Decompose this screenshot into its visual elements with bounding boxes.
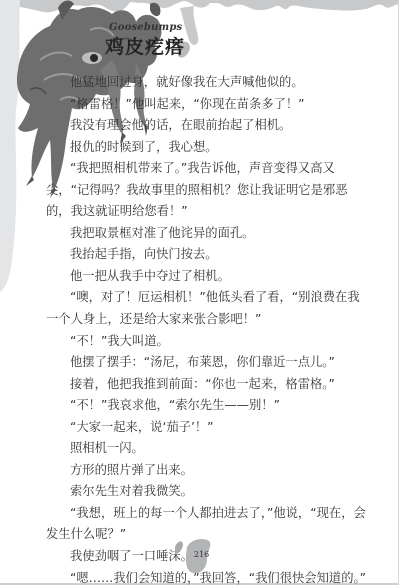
page-number-badge: 216 — [171, 533, 231, 578]
page-number: 216 — [194, 550, 209, 559]
paragraph: 我抬起手指，向快门按去。 — [46, 244, 368, 266]
paragraph: 他猛地回过身，就好像我在大声喊他似的。 — [46, 72, 368, 94]
book-page: Goosebumps 鸡皮疙瘩 他猛地回过身，就好像我在大声喊他似的。 “格雷格… — [0, 0, 399, 585]
paragraph: 索尔先生对着我微笑。 — [46, 481, 368, 503]
paragraph: “噢，对了！厄运相机！”他低头看了看，“别浪费在我一个人身上，还是给大家来张合影… — [46, 287, 368, 330]
paragraph: “大家一起来，说‘茄子’！” — [46, 417, 368, 439]
paragraph: 他一把从我手中夺过了相机。 — [46, 266, 368, 288]
paragraph: 我没有理会他的话，在眼前抬起了相机。 — [46, 115, 368, 137]
paragraph: 我把取景框对准了他诧异的面孔。 — [46, 223, 368, 245]
paragraph: 报仇的时候到了，我心想。 — [46, 137, 368, 159]
paragraph: “格雷格！”他叫起来，“你现在苗条多了！” — [46, 94, 368, 116]
body-text: 他猛地回过身，就好像我在大声喊他似的。 “格雷格！”他叫起来，“你现在苗条多了！… — [46, 72, 368, 587]
paragraph: 照相机一闪。 — [46, 438, 368, 460]
paragraph: “我把照相机带来了。”我告诉他，声音变得又高又尖，“记得吗？我故事里的照相机？您… — [46, 158, 368, 223]
paragraph: 方形的照片弹了出来。 — [46, 460, 368, 482]
paragraph: 接着，他把我推到前面：“你也一起来，格雷格。” — [46, 374, 368, 396]
paragraph: 他摆了摆手：“汤尼，布莱恩，你们靠近一点儿。” — [46, 352, 368, 374]
series-logo: Goosebumps 鸡皮疙瘩 — [105, 22, 185, 59]
paragraph: “不！”我哀求他，“索尔先生——别！” — [46, 395, 368, 417]
series-logo-chinese: 鸡皮疙瘩 — [105, 32, 185, 59]
paragraph: “不！”我大叫道。 — [46, 331, 368, 353]
